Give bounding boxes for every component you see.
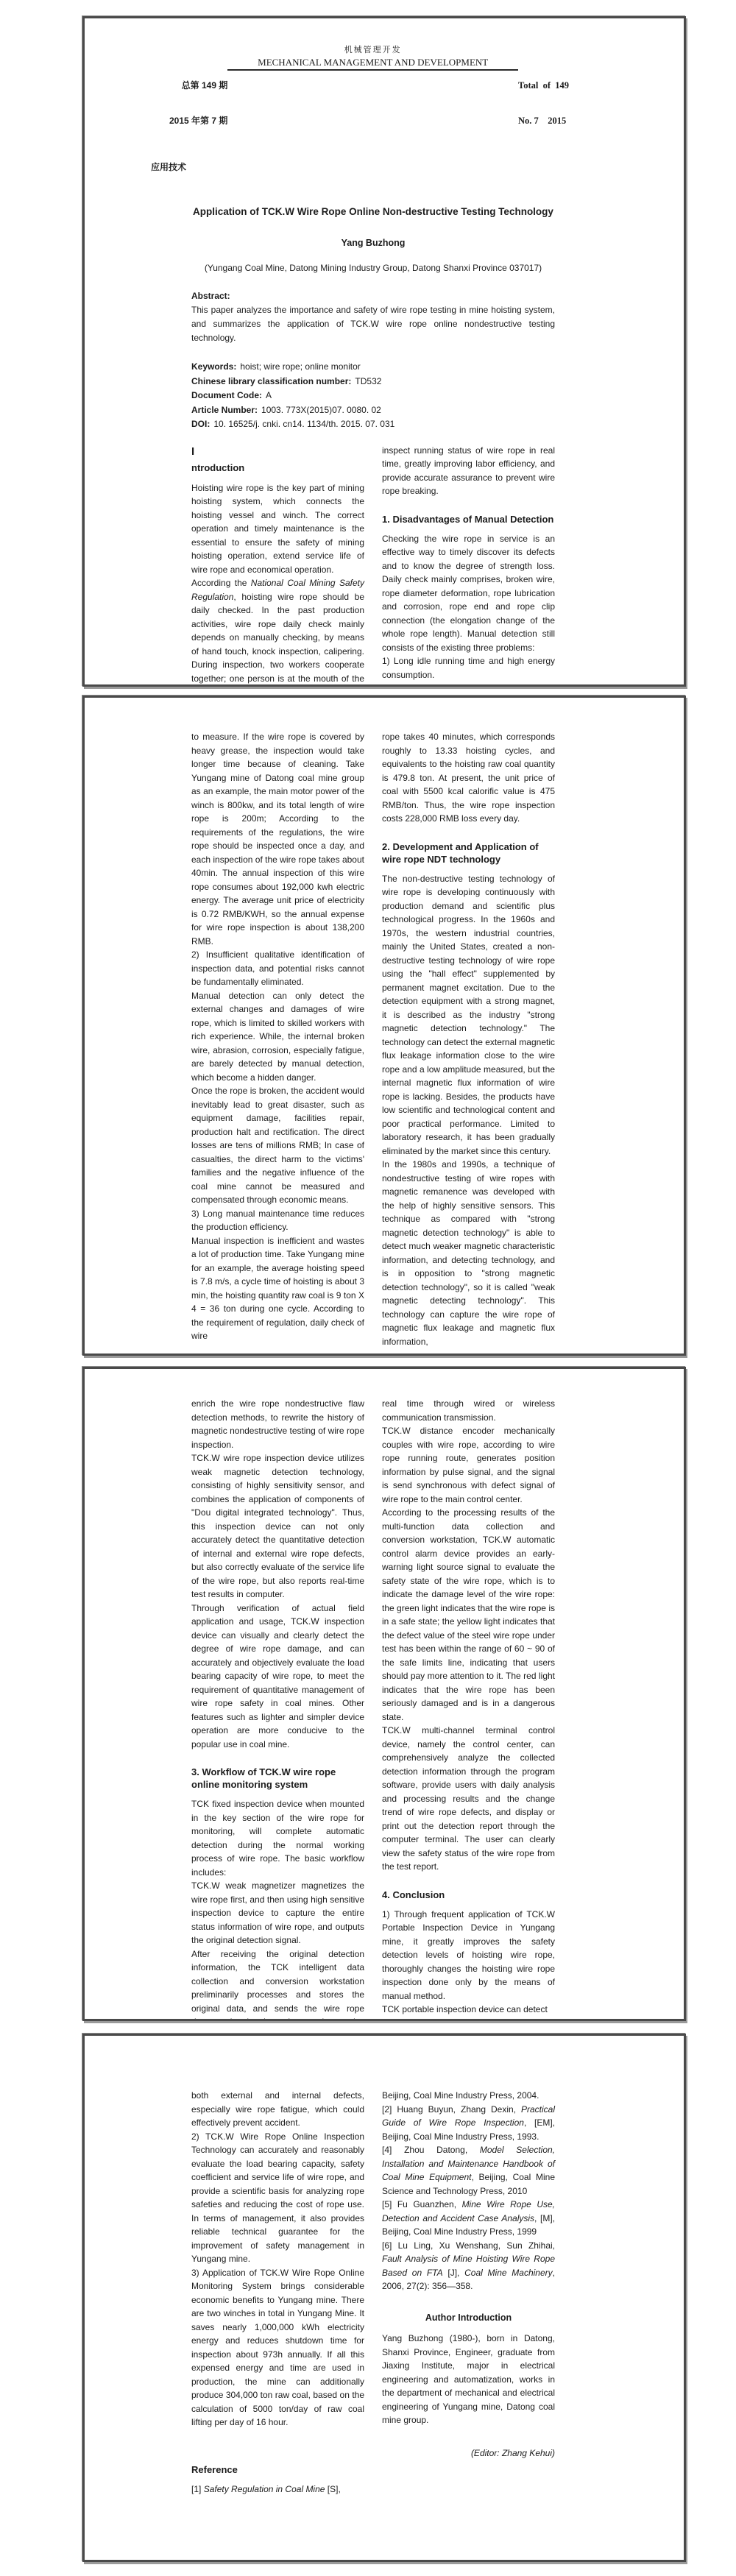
paragraph: According the National Coal Mining Safet… (191, 576, 364, 687)
doi-value: 10. 16525/j. cnki. cn14. 1134/th. 2015. … (213, 419, 394, 429)
paragraph: Checking the wire rope in service is an … (382, 532, 555, 655)
paragraph: TCK.W distance encoder mechanically coup… (382, 1424, 555, 1506)
paragraph: inspect running status of wire rope in r… (382, 444, 555, 498)
article-affiliation: (Yungang Coal Mine, Datong Mining Indust… (191, 263, 555, 273)
paragraph: (Editor: Zhang Kehui) (382, 2446, 555, 2460)
doc-code-value: A (266, 390, 272, 400)
text-run: 1) Long idle running time and high energ… (382, 656, 555, 680)
journal-title-block: 机械管理开发 MECHANICAL MANAGEMENT AND DEVELOP… (227, 45, 518, 71)
text-run: TCK.W wire rope inspection device utiliz… (191, 1453, 364, 1599)
text-run: 3) Long manual maintenance time reduces … (191, 1209, 364, 1233)
journal-issue-cn: 总第 149 期 2015 年第 7 期 (169, 56, 227, 150)
text-run: ntroduction (191, 462, 244, 473)
text-run: Through verification of actual field app… (191, 1603, 364, 1749)
column-right: real time through wired or wireless comm… (382, 1397, 555, 2021)
text-run: TCK fixed inspection device when mounted… (191, 1799, 364, 1878)
doc-code-label: Document Code: (191, 390, 262, 400)
text-run: Hoisting wire rope is the key part of mi… (191, 483, 364, 575)
text-run: Beijing, Coal Mine Industry Press, 2004. (382, 2090, 539, 2101)
journal-issue-total-en: Total of 149 (518, 79, 569, 91)
doc-code-line: Document Code:A (191, 389, 555, 403)
paragraph: 1) Long idle running time and high energ… (382, 654, 555, 682)
paragraph: TCK.W wire rope inspection device utiliz… (191, 1451, 364, 1602)
doi-line: DOI:10. 16525/j. cnki. cn14. 1134/th. 20… (191, 417, 555, 432)
paragraph: [5] Fu Guanzhen, Mine Wire Rope Use, Det… (382, 2198, 555, 2239)
abstract-label: Abstract: (191, 289, 555, 303)
article-number-line: Article Number:1003. 773X(2015)07. 0080.… (191, 403, 555, 418)
paragraph: Beijing, Coal Mine Industry Press, 2004. (382, 2089, 555, 2103)
text-run: TCK.W multi-channel terminal control dev… (382, 1725, 555, 1872)
text-run: [2] Huang Buyun, Zhang Dexin, (382, 2104, 521, 2115)
text-run: real time through wired or wireless comm… (382, 1398, 555, 1423)
text-run: Once the rope is broken, the accident wo… (191, 1086, 364, 1205)
section-label: 应用技术 (151, 160, 555, 173)
text-run: According to the processing results of t… (382, 1507, 555, 1722)
text-run: , hoisting wire rope should be daily che… (191, 592, 364, 687)
paragraph: [6] Lu Ling, Xu Wenshang, Sun Zhihai, Fa… (382, 2239, 555, 2293)
text-run: inspect running status of wire rope in r… (382, 445, 555, 497)
column-right: inspect running status of wire rope in r… (382, 444, 555, 687)
text-run: rope takes 40 minutes, which corresponds… (382, 732, 555, 824)
text-run: TCK.W distance encoder mechanically coup… (382, 1426, 555, 1504)
text-run: [1] (191, 2484, 204, 2494)
text-run: enrich the wire rope nondestructive flaw… (191, 1398, 364, 1450)
journal-issue-total-cn: 总第 149 期 (169, 79, 227, 91)
column-left: IntroductionHoisting wire rope is the ke… (191, 444, 364, 687)
journal-issue-en: Total of 149 No. 7 2015 (518, 56, 569, 150)
article-author: Yang Buzhong (191, 238, 555, 248)
paragraph: enrich the wire rope nondestructive flaw… (191, 1397, 364, 1451)
paragraph: real time through wired or wireless comm… (382, 1397, 555, 1424)
page-4: both external and internal defects, espe… (82, 2034, 686, 2562)
text-run: Yang Buzhong (1980-), born in Datong, Sh… (382, 2333, 555, 2425)
journal-header: 总第 149 期 2015 年第 7 期 机械管理开发 MECHANICAL M… (169, 45, 569, 150)
text-run: TCK portable inspection device can detec… (382, 2004, 548, 2014)
text-run: After receiving the original detection i… (191, 1949, 364, 2022)
text-run: Reference (191, 2464, 238, 2475)
section-heading: 3. Workflow of TCK.W wire rope online mo… (191, 1766, 364, 1791)
text-run: 2. Development and Application of wire r… (382, 841, 539, 865)
text-run: [S], (325, 2484, 340, 2494)
text-run: In the 1980s and 1990s, a technique of n… (382, 1159, 555, 1347)
keywords-value: hoist; wire rope; online monitor (240, 361, 360, 372)
text-run: TCK.W weak magnetizer magnetizes the wir… (191, 1880, 364, 1945)
paragraph: Manual inspection is inefficient and was… (191, 1234, 364, 1343)
paragraph: 3) Long manual maintenance time reduces … (191, 1207, 364, 1234)
page-3: enrich the wire rope nondestructive flaw… (82, 1367, 686, 2021)
text-run: both external and internal defects, espe… (191, 2090, 364, 2128)
text-run: [4] Zhou Datong, (382, 2145, 480, 2155)
article-number-label: Article Number: (191, 405, 258, 415)
clc-line: Chinese library classification number:TD… (191, 375, 555, 389)
keywords-label: Keywords: (191, 361, 236, 372)
text-run: 3) Application of TCK.W Wire Rope Online… (191, 2268, 364, 2428)
paragraph: The non-destructive testing technology o… (382, 872, 555, 1158)
section-heading: Author Introduction (382, 2311, 555, 2325)
journal-title-cn: 机械管理开发 (233, 45, 512, 56)
section-heading: ntroduction (191, 461, 364, 475)
article-meta: Keywords:hoist; wire rope; online monito… (191, 360, 555, 432)
text-run: [6] Lu Ling, Xu Wenshang, Sun Zhihai, (382, 2240, 555, 2251)
text-run: Manual detection method, through the con… (382, 683, 555, 687)
column-left: both external and internal defects, espe… (191, 2089, 364, 2496)
body-columns: IntroductionHoisting wire rope is the ke… (191, 444, 555, 687)
scanned-paper-document: { "journal": { "issue_total_cn": "总第 149… (0, 0, 736, 2576)
paragraph: TCK portable inspection device can detec… (382, 2003, 555, 2017)
text-run: Manual inspection is inefficient and was… (191, 1236, 364, 1342)
paragraph: [2] Huang Buyun, Zhang Dexin, Practical … (382, 2103, 555, 2144)
paragraph: Yang Buzhong (1980-), born in Datong, Sh… (382, 2332, 555, 2427)
text-run: 2) Insufficient qualitative identificati… (191, 949, 364, 987)
paragraph: [4] Zhou Datong, Model Selection, Instal… (382, 2143, 555, 2198)
column-left: to measure. If the wire rope is covered … (191, 730, 364, 1348)
journal-issue-no-cn: 2015 年第 7 期 (169, 115, 227, 127)
journal-title-en: MECHANICAL MANAGEMENT AND DEVELOPMENT (233, 56, 512, 68)
text-run: According the (191, 578, 251, 588)
paragraph: Through verification of actual field app… (191, 1602, 364, 1752)
text-run: Checking the wire rope in service is an … (382, 534, 555, 653)
text-run: [5] Fu Guanzhen, (382, 2199, 462, 2209)
clc-value: TD532 (355, 376, 381, 386)
body-columns: enrich the wire rope nondestructive flaw… (191, 1397, 555, 2021)
paragraph: 2) Insufficient qualitative identificati… (191, 948, 364, 989)
text-run: 1. Disadvantages of Manual Detection (382, 514, 553, 525)
paragraph: According to the processing results of t… (382, 1506, 555, 1724)
text-run: 2) TCK.W Wire Rope Online Inspection Tec… (191, 2131, 364, 2265)
article-number-value: 1003. 773X(2015)07. 0080. 02 (261, 405, 381, 415)
paragraph: both external and internal defects, espe… (191, 2089, 364, 2130)
text-run: Safety Regulation in Coal Mine (204, 2484, 325, 2494)
paragraph: After receiving the original detection i… (191, 1947, 364, 2022)
paragraph: Manual detection method, through the con… (382, 682, 555, 687)
section-heading: I (191, 444, 364, 460)
paragraph: In the 1980s and 1990s, a technique of n… (382, 1158, 555, 1348)
paragraph: TCK.W multi-channel terminal control dev… (382, 1724, 555, 1874)
paragraph: TCK.W weak magnetizer magnetizes the wir… (191, 1879, 364, 1947)
text-run: to measure. If the wire rope is covered … (191, 732, 364, 946)
text-run: I (191, 445, 194, 458)
article-title: Application of TCK.W Wire Rope Online No… (191, 205, 555, 219)
paragraph: rope takes 40 minutes, which corresponds… (382, 730, 555, 826)
text-run: 3. Workflow of TCK.W wire rope online mo… (191, 1766, 336, 1790)
abstract-text: This paper analyzes the importance and s… (191, 303, 555, 345)
section-heading: Reference (191, 2463, 364, 2476)
paragraph: TCK fixed inspection device when mounted… (191, 1797, 364, 1879)
text-run: Author Introduction (425, 2313, 512, 2323)
text-run: 4. Conclusion (382, 1889, 445, 1900)
keywords-line: Keywords:hoist; wire rope; online monito… (191, 360, 555, 375)
text-run: (Editor: Zhang Kehui) (471, 2448, 555, 2458)
abstract-block: Abstract: This paper analyzes the import… (191, 289, 555, 345)
clc-label: Chinese library classification number: (191, 376, 351, 386)
paragraph: Hoisting wire rope is the key part of mi… (191, 481, 364, 577)
text-run: Coal Mine Machinery (464, 2268, 553, 2278)
page-1: 总第 149 期 2015 年第 7 期 机械管理开发 MECHANICAL M… (82, 16, 686, 687)
paragraph: Once the rope is broken, the accident wo… (191, 1084, 364, 1207)
paragraph: 3) Application of TCK.W Wire Rope Online… (191, 2266, 364, 2430)
paragraph: to measure. If the wire rope is covered … (191, 730, 364, 948)
journal-issue-no-en: No. 7 2015 (518, 115, 569, 127)
column-right: Beijing, Coal Mine Industry Press, 2004.… (382, 2089, 555, 2496)
text-run: [J], (443, 2268, 464, 2278)
page-2: to measure. If the wire rope is covered … (82, 696, 686, 1356)
column-right: rope takes 40 minutes, which corresponds… (382, 730, 555, 1348)
section-heading: 2. Development and Application of wire r… (382, 841, 555, 866)
paragraph: Manual detection can only detect the ext… (191, 989, 364, 1085)
column-left: enrich the wire rope nondestructive flaw… (191, 1397, 364, 2021)
body-columns: to measure. If the wire rope is covered … (191, 730, 555, 1348)
text-run: 1) Through frequent application of TCK.W… (382, 1909, 555, 2001)
paragraph: 2) TCK.W Wire Rope Online Inspection Tec… (191, 2130, 364, 2266)
paragraph: 1) Through frequent application of TCK.W… (382, 1908, 555, 2003)
paragraph: [1] Safety Regulation in Coal Mine [S], (191, 2483, 364, 2497)
section-heading: 1. Disadvantages of Manual Detection (382, 513, 555, 526)
doi-label: DOI: (191, 419, 210, 429)
text-run: Manual detection can only detect the ext… (191, 991, 364, 1083)
text-run: The non-destructive testing technology o… (382, 874, 555, 1156)
body-columns: both external and internal defects, espe… (191, 2089, 555, 2496)
section-heading: 4. Conclusion (382, 1889, 555, 1901)
